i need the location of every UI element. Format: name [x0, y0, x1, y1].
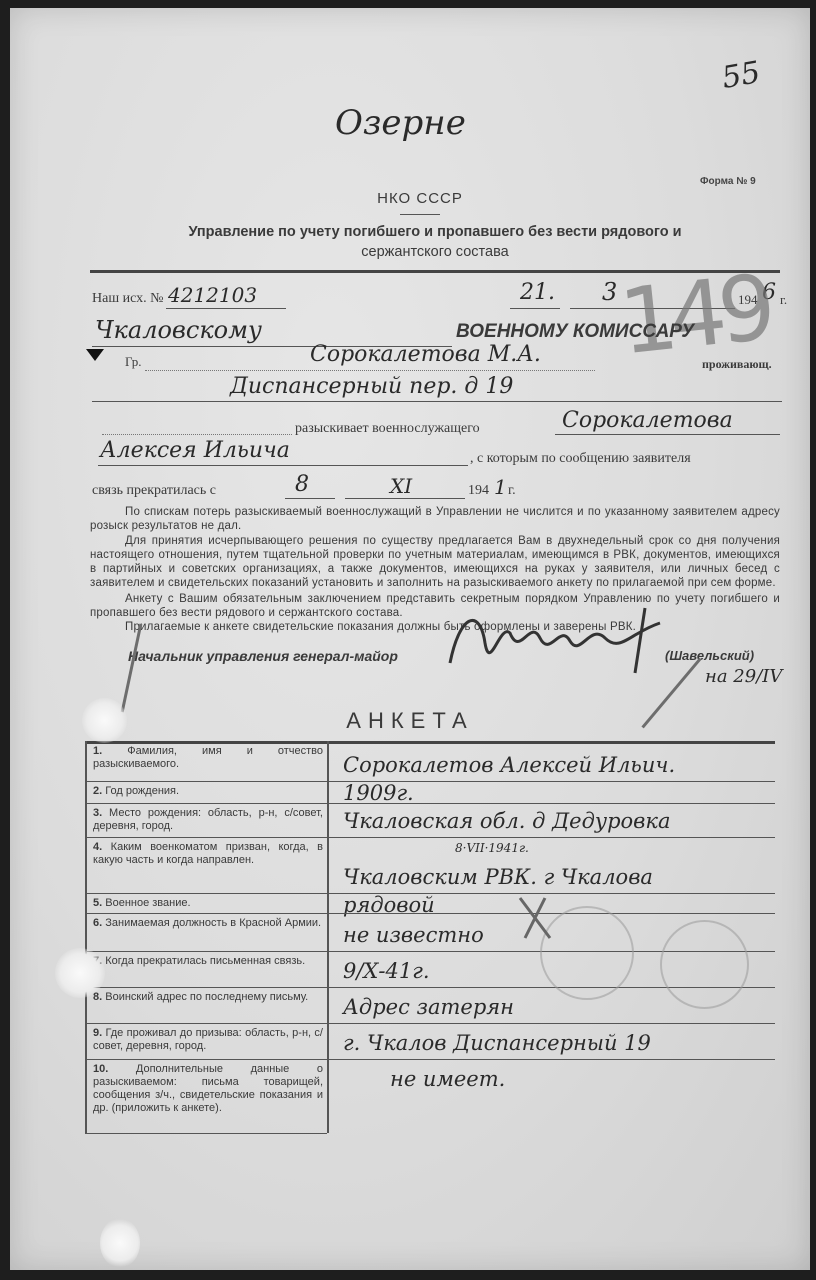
margin-note: на 29/IV	[705, 666, 782, 687]
question-cell: 5. Военное звание.	[93, 897, 323, 910]
question-cell: 6. Занимаемая должность в Красной Армии.	[93, 917, 323, 930]
table-row: 9. Где проживал до призыва: область, р-н…	[85, 1023, 775, 1059]
answer-cell: 1909г.	[343, 781, 414, 805]
table-row: 2. Год рождения.1909г.	[85, 781, 775, 803]
question-text: Военное звание.	[105, 897, 190, 909]
table-row: 10. Дополнительные данные о разыскиваемо…	[85, 1059, 775, 1133]
table-row: 3. Место рождения: область, р-н, с/совет…	[85, 803, 775, 837]
pencil-x-mark	[515, 893, 555, 943]
question-number: 3.	[93, 807, 102, 819]
question-number: 4.	[93, 841, 102, 853]
date-month: 3	[602, 278, 617, 306]
contact-text: , с которым по сообщению заявителя	[470, 451, 691, 467]
surname-underline	[555, 434, 780, 435]
question-text: Воинский адрес по последнему письму.	[105, 991, 308, 1003]
paragraph-1: По спискам потерь разыскиваемый военносл…	[90, 505, 780, 533]
question-number: 5.	[93, 897, 102, 909]
searching-label: разыскивает военнослужащего	[295, 421, 480, 437]
signatory: (Шавельский)	[665, 648, 754, 663]
contact-ceased-label: связь прекратилась с	[92, 483, 216, 499]
question-cell: 10. Дополнительные данные о разыскиваемо…	[93, 1063, 323, 1115]
answer-cell: 9/Х-41г.	[343, 959, 430, 983]
question-number: 1.	[93, 745, 102, 757]
question-text: Место рождения: область, р-н, с/совет, д…	[93, 807, 323, 832]
answer-cell: не имеет.	[390, 1067, 505, 1091]
answer-cell: не известно	[343, 923, 484, 947]
question-text: Каким военкоматом призван, когда, в каку…	[93, 841, 323, 866]
question-number: 9.	[93, 1027, 102, 1039]
question-number: 6.	[93, 917, 102, 929]
question-cell: 8. Воинский адрес по последнему письму.	[93, 991, 323, 1004]
question-text: Год рождения.	[105, 785, 179, 797]
answer-cell: Сорокалетов Алексей Ильич.	[343, 753, 675, 777]
divider	[400, 214, 440, 215]
question-text: Когда прекратилась письменная связь.	[105, 955, 305, 967]
residing-label: проживающ.	[702, 357, 772, 372]
approval-note: Озерне	[335, 103, 466, 143]
date-year-unit: г.	[780, 292, 787, 308]
answer-cell: Чкаловская обл. д Дедуровка	[343, 809, 670, 833]
question-cell: 3. Место рождения: область, р-н, с/совет…	[93, 807, 323, 833]
contact-year-suffix: 1	[494, 475, 507, 499]
citizen-name: Сорокалетова М.А.	[310, 342, 541, 367]
form-number: Форма № 9	[700, 176, 756, 187]
outgoing-number: 4212103	[168, 283, 257, 307]
address-underline	[92, 401, 782, 402]
serviceman-name: Алексея Ильича	[100, 438, 290, 463]
citizen-label: Гр.	[125, 354, 141, 370]
question-number: 10.	[93, 1063, 108, 1075]
punch-hole	[100, 1218, 140, 1268]
punch-hole	[82, 698, 127, 743]
question-text: Занимаемая должность в Красной Армии.	[105, 917, 321, 929]
department-line1: Управление по учету погибшего и пропавше…	[80, 224, 790, 240]
date-day-underline	[510, 308, 560, 309]
paragraph-4: Прилагаемые к анкете свидетельские показ…	[90, 620, 780, 634]
question-text: Дополнительные данные о разыскиваемом: п…	[93, 1063, 323, 1114]
searching-blank	[102, 434, 292, 435]
answer-cell: Адрес затерян	[343, 995, 514, 1019]
serviceman-surname: Сорокалетова	[562, 408, 733, 433]
name-underline	[98, 465, 468, 466]
question-cell: 7. Когда прекратилась письменная связь.	[93, 955, 323, 968]
date-day: 21.	[520, 280, 555, 305]
contact-month: XI	[390, 474, 412, 498]
document-page: 55 Озерне Форма № 9 НКО СССР Управление …	[10, 8, 810, 1270]
contact-day: 8	[295, 472, 309, 497]
question-number: 2.	[93, 785, 102, 797]
contact-month-underline	[345, 498, 465, 499]
table-row: 5. Военное звание.рядовой	[85, 893, 775, 913]
outgoing-label: Наш исх. №	[92, 291, 163, 307]
citizen-address: Диспансерный пер. д 19	[230, 374, 513, 399]
question-cell: 2. Год рождения.	[93, 785, 323, 798]
signature-scribble	[440, 603, 670, 683]
question-text: Фамилия, имя и отчество разыскиваемого.	[93, 745, 323, 770]
triangle-marker	[86, 349, 104, 361]
table-row: 1. Фамилия, имя и отчество разыскиваемог…	[85, 741, 775, 781]
contact-day-underline	[285, 498, 335, 499]
punch-hole	[55, 948, 105, 998]
table-row: 4. Каким военкоматом призван, когда, в к…	[85, 837, 775, 893]
outgoing-underline	[166, 308, 286, 309]
answer-cell: Чкаловским РВК. г Чкалова	[343, 865, 653, 889]
paragraph-3: Анкету с Вашим обязательным заключением …	[90, 592, 780, 620]
signature-label: Начальник управления генерал-майор	[128, 648, 398, 664]
question-text: Где проживал до призыва: область, р-н, с…	[93, 1027, 323, 1052]
contact-year-prefix: 194	[468, 483, 489, 499]
citizen-underline	[145, 370, 595, 371]
answer-cell: г. Чкалов Диспансерный 19	[343, 1031, 651, 1055]
question-cell: 1. Фамилия, имя и отчество разыскиваемог…	[93, 745, 323, 771]
row-divider	[85, 1133, 327, 1134]
pencil-stroke-left	[121, 624, 143, 713]
page-number: 55	[719, 55, 763, 96]
department-line2: сержантского состава	[80, 244, 790, 260]
org-title: НКО СССР	[310, 190, 530, 207]
paragraph-2: Для принятия исчерпывающего решения по с…	[90, 534, 780, 590]
addressee-handwritten: Чкаловскому	[95, 316, 262, 344]
contact-year-unit: г.	[508, 483, 516, 499]
stamp-circle	[660, 920, 749, 1009]
questionnaire-title: АНКЕТА	[260, 708, 560, 734]
question-cell: 4. Каким военкоматом призван, когда, в к…	[93, 841, 323, 867]
answer-note: 8·VII·1941г.	[455, 841, 529, 855]
question-cell: 9. Где проживал до призыва: область, р-н…	[93, 1027, 323, 1053]
addressee-printed: ВОЕННОМУ КОМИССАРУ	[456, 321, 694, 343]
